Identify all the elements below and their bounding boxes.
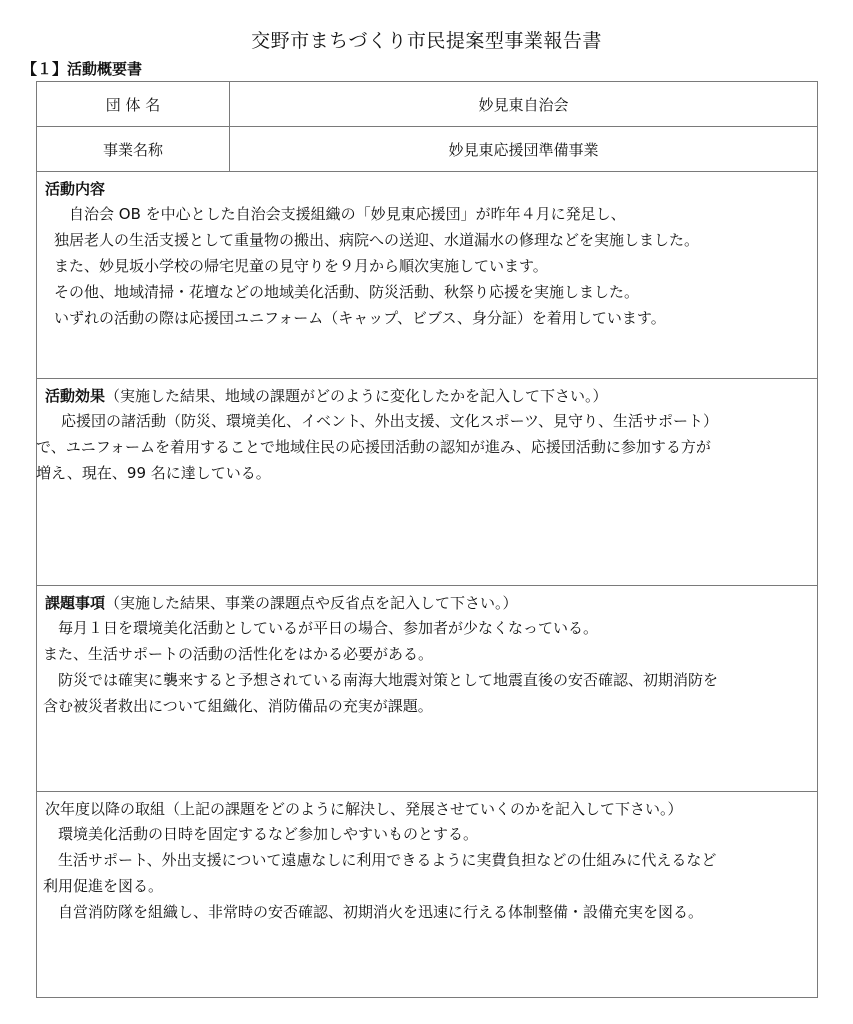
section-label: 【１】活動概要書 [22, 58, 142, 79]
next-year-note: （上記の課題をどのように解決し、発展させていくのかを記入して下さい。） [165, 800, 683, 818]
activity-content-heading: 活動内容 [45, 180, 105, 198]
effect-line: 増え、現在、99 名に達している。 [36, 460, 817, 486]
next-year-heading: 次年度以降の取組 [45, 800, 165, 818]
issues-line: また、生活サポートの活動の活性化をはかる必要がある。 [43, 641, 817, 667]
organization-value: 妙見東自治会 [230, 82, 817, 126]
content-line: 自治会 OB を中心とした自治会支援組織の「妙見東応援団」が昨年４月に発足し、 [54, 201, 817, 227]
content-line: その他、地域清掃・花壇などの地域美化活動、防災活動、秋祭り応援を実施しました。 [54, 279, 817, 305]
content-line: 独居老人の生活支援として重量物の搬出、病院への送迎、水道漏水の修理などを実施しま… [54, 227, 817, 253]
next-year-line: 環境美化活動の日時を固定するなど参加しやすいものとする。 [43, 821, 817, 847]
issues-line: 含む被災者救出について組織化、消防備品の充実が課題。 [43, 693, 817, 719]
issues-section: 課題事項（実施した結果、事業の課題点や反省点を記入して下さい。） 毎月１日を環境… [37, 586, 817, 792]
next-year-line: 生活サポート、外出支援について遠慮なしに利用できるように実費負担などの仕組みに代… [43, 847, 817, 873]
next-year-section: 次年度以降の取組（上記の課題をどのように解決し、発展させていくのかを記入して下さ… [37, 792, 817, 997]
project-value: 妙見東応援団準備事業 [230, 127, 817, 171]
report-table: 団 体 名 妙見東自治会 事業名称 妙見東応援団準備事業 活動内容 自治会 OB… [36, 81, 818, 998]
issues-line: 防災では確実に襲来すると予想されている南海大地震対策として地震直後の安否確認、初… [43, 667, 817, 693]
next-year-line: 利用促進を図る。 [43, 873, 817, 899]
issues-line: 毎月１日を環境美化活動としているが平日の場合、参加者が少なくなっている。 [43, 615, 817, 641]
effect-line: 応援団の諸活動（防災、環境美化、イベント、外出支援、文化スポーツ、見守り、生活サ… [36, 408, 817, 434]
info-row-organization: 団 体 名 妙見東自治会 [37, 82, 817, 127]
info-row-project: 事業名称 妙見東応援団準備事業 [37, 127, 817, 172]
organization-label: 団 体 名 [37, 82, 230, 126]
next-year-line: 自営消防隊を組織し、非常時の安否確認、初期消火を迅速に行える体制整備・設備充実を… [43, 899, 817, 925]
content-line: いずれの活動の際は応援団ユニフォーム（キャップ、ビブス、身分証）を着用しています… [54, 305, 817, 331]
issues-heading: 課題事項 [45, 594, 105, 612]
activity-effect-note: （実施した結果、地域の課題がどのように変化したかを記入して下さい。） [105, 387, 608, 405]
effect-line: で、ユニフォームを着用することで地域住民の応援団活動の認知が進み、応援団活動に参… [36, 434, 817, 460]
document-title: 交野市まちづくり市民提案型事業報告書 [0, 26, 853, 53]
activity-effect-heading: 活動効果 [45, 387, 105, 405]
activity-content-section: 活動内容 自治会 OB を中心とした自治会支援組織の「妙見東応援団」が昨年４月に… [37, 172, 817, 379]
project-label: 事業名称 [37, 127, 230, 171]
issues-note: （実施した結果、事業の課題点や反省点を記入して下さい。） [105, 594, 518, 612]
activity-effect-section: 活動効果（実施した結果、地域の課題がどのように変化したかを記入して下さい。） 応… [37, 379, 817, 586]
content-line: また、妙見坂小学校の帰宅児童の見守りを９月から順次実施しています。 [54, 253, 817, 279]
